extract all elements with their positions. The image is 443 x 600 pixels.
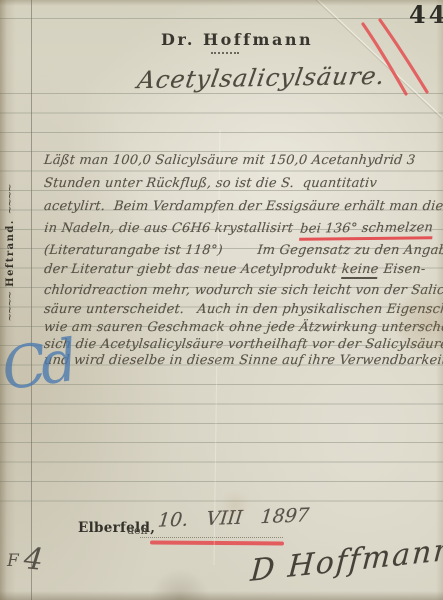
- document-title: Acetylsalicylsäure.: [135, 62, 387, 94]
- flourish-right: ~~~~: [5, 185, 16, 215]
- flourish-left: ~~~~: [5, 292, 16, 322]
- manuscript-line-9: wie am sauren Geschmack ohne jede Ätzwir…: [43, 320, 443, 335]
- den-label: den: [127, 524, 148, 537]
- letterhead-divider: [211, 52, 239, 54]
- line6-text: der Literatur giebt das neue Acetylprodu…: [43, 262, 337, 277]
- page-number: 44: [409, 0, 443, 29]
- red-underlined-melting-point: bei 136° schmelzen: [299, 220, 434, 240]
- pencil-mark-left: F: [7, 551, 19, 571]
- heftrand-label: Heftrand.: [5, 219, 16, 287]
- manuscript-line-3: acetylirt. Beim Verdampfen der Essigsäur…: [43, 199, 443, 214]
- manuscript-line-1: Läßt man 100,0 Salicylsäure mit 150,0 Ac…: [43, 153, 416, 168]
- manuscript-line-5: (Literaturangabe ist 118°) Im Gegensatz …: [43, 243, 443, 258]
- manuscript-page: ~~~~ Heftrand. ~~~~ 44 Dr. Hoffmann Acet…: [0, 0, 443, 600]
- margin-rule: [31, 0, 32, 600]
- manuscript-line-6: der Literatur giebt das neue Acetylprodu…: [43, 262, 426, 279]
- red-date-underline-mark: [150, 541, 284, 546]
- manuscript-line-11: und wird dieselbe in diesem Sinne auf ih…: [43, 353, 443, 368]
- red-corner-stroke-2: [380, 20, 427, 92]
- binding-margin-imprint: ~~~~ Heftrand. ~~~~: [5, 158, 16, 348]
- blue-pencil-initials-mark: Cd: [0, 331, 75, 398]
- letterhead-name: Dr. Hoffmann: [161, 30, 313, 49]
- handwritten-date: 10. VIII 1897: [157, 504, 310, 531]
- manuscript-line-7: chloridreaction mehr, wodurch sie sich l…: [43, 283, 443, 298]
- manuscript-line-4: in Nadeln, die aus C6H6 krystallisirtbei…: [43, 221, 434, 240]
- line4-text: in Nadeln, die aus C6H6 krystallisirt: [43, 221, 294, 236]
- line6-text-end: Eisen-: [383, 262, 427, 277]
- top-ruled-line: [0, 18, 443, 19]
- manuscript-line-8: säure unterscheidet. Auch in den physika…: [43, 302, 443, 317]
- manuscript-line-10: sich die Acetylsalicylsäure vortheilhaft…: [43, 337, 443, 352]
- manuscript-line-2: Stunden unter Rückfluß, so ist die S. qu…: [43, 176, 377, 191]
- pencil-mark-right: 4: [22, 541, 45, 578]
- ink-underlined-word: keine: [341, 262, 380, 279]
- date-dotted-line: [140, 537, 283, 538]
